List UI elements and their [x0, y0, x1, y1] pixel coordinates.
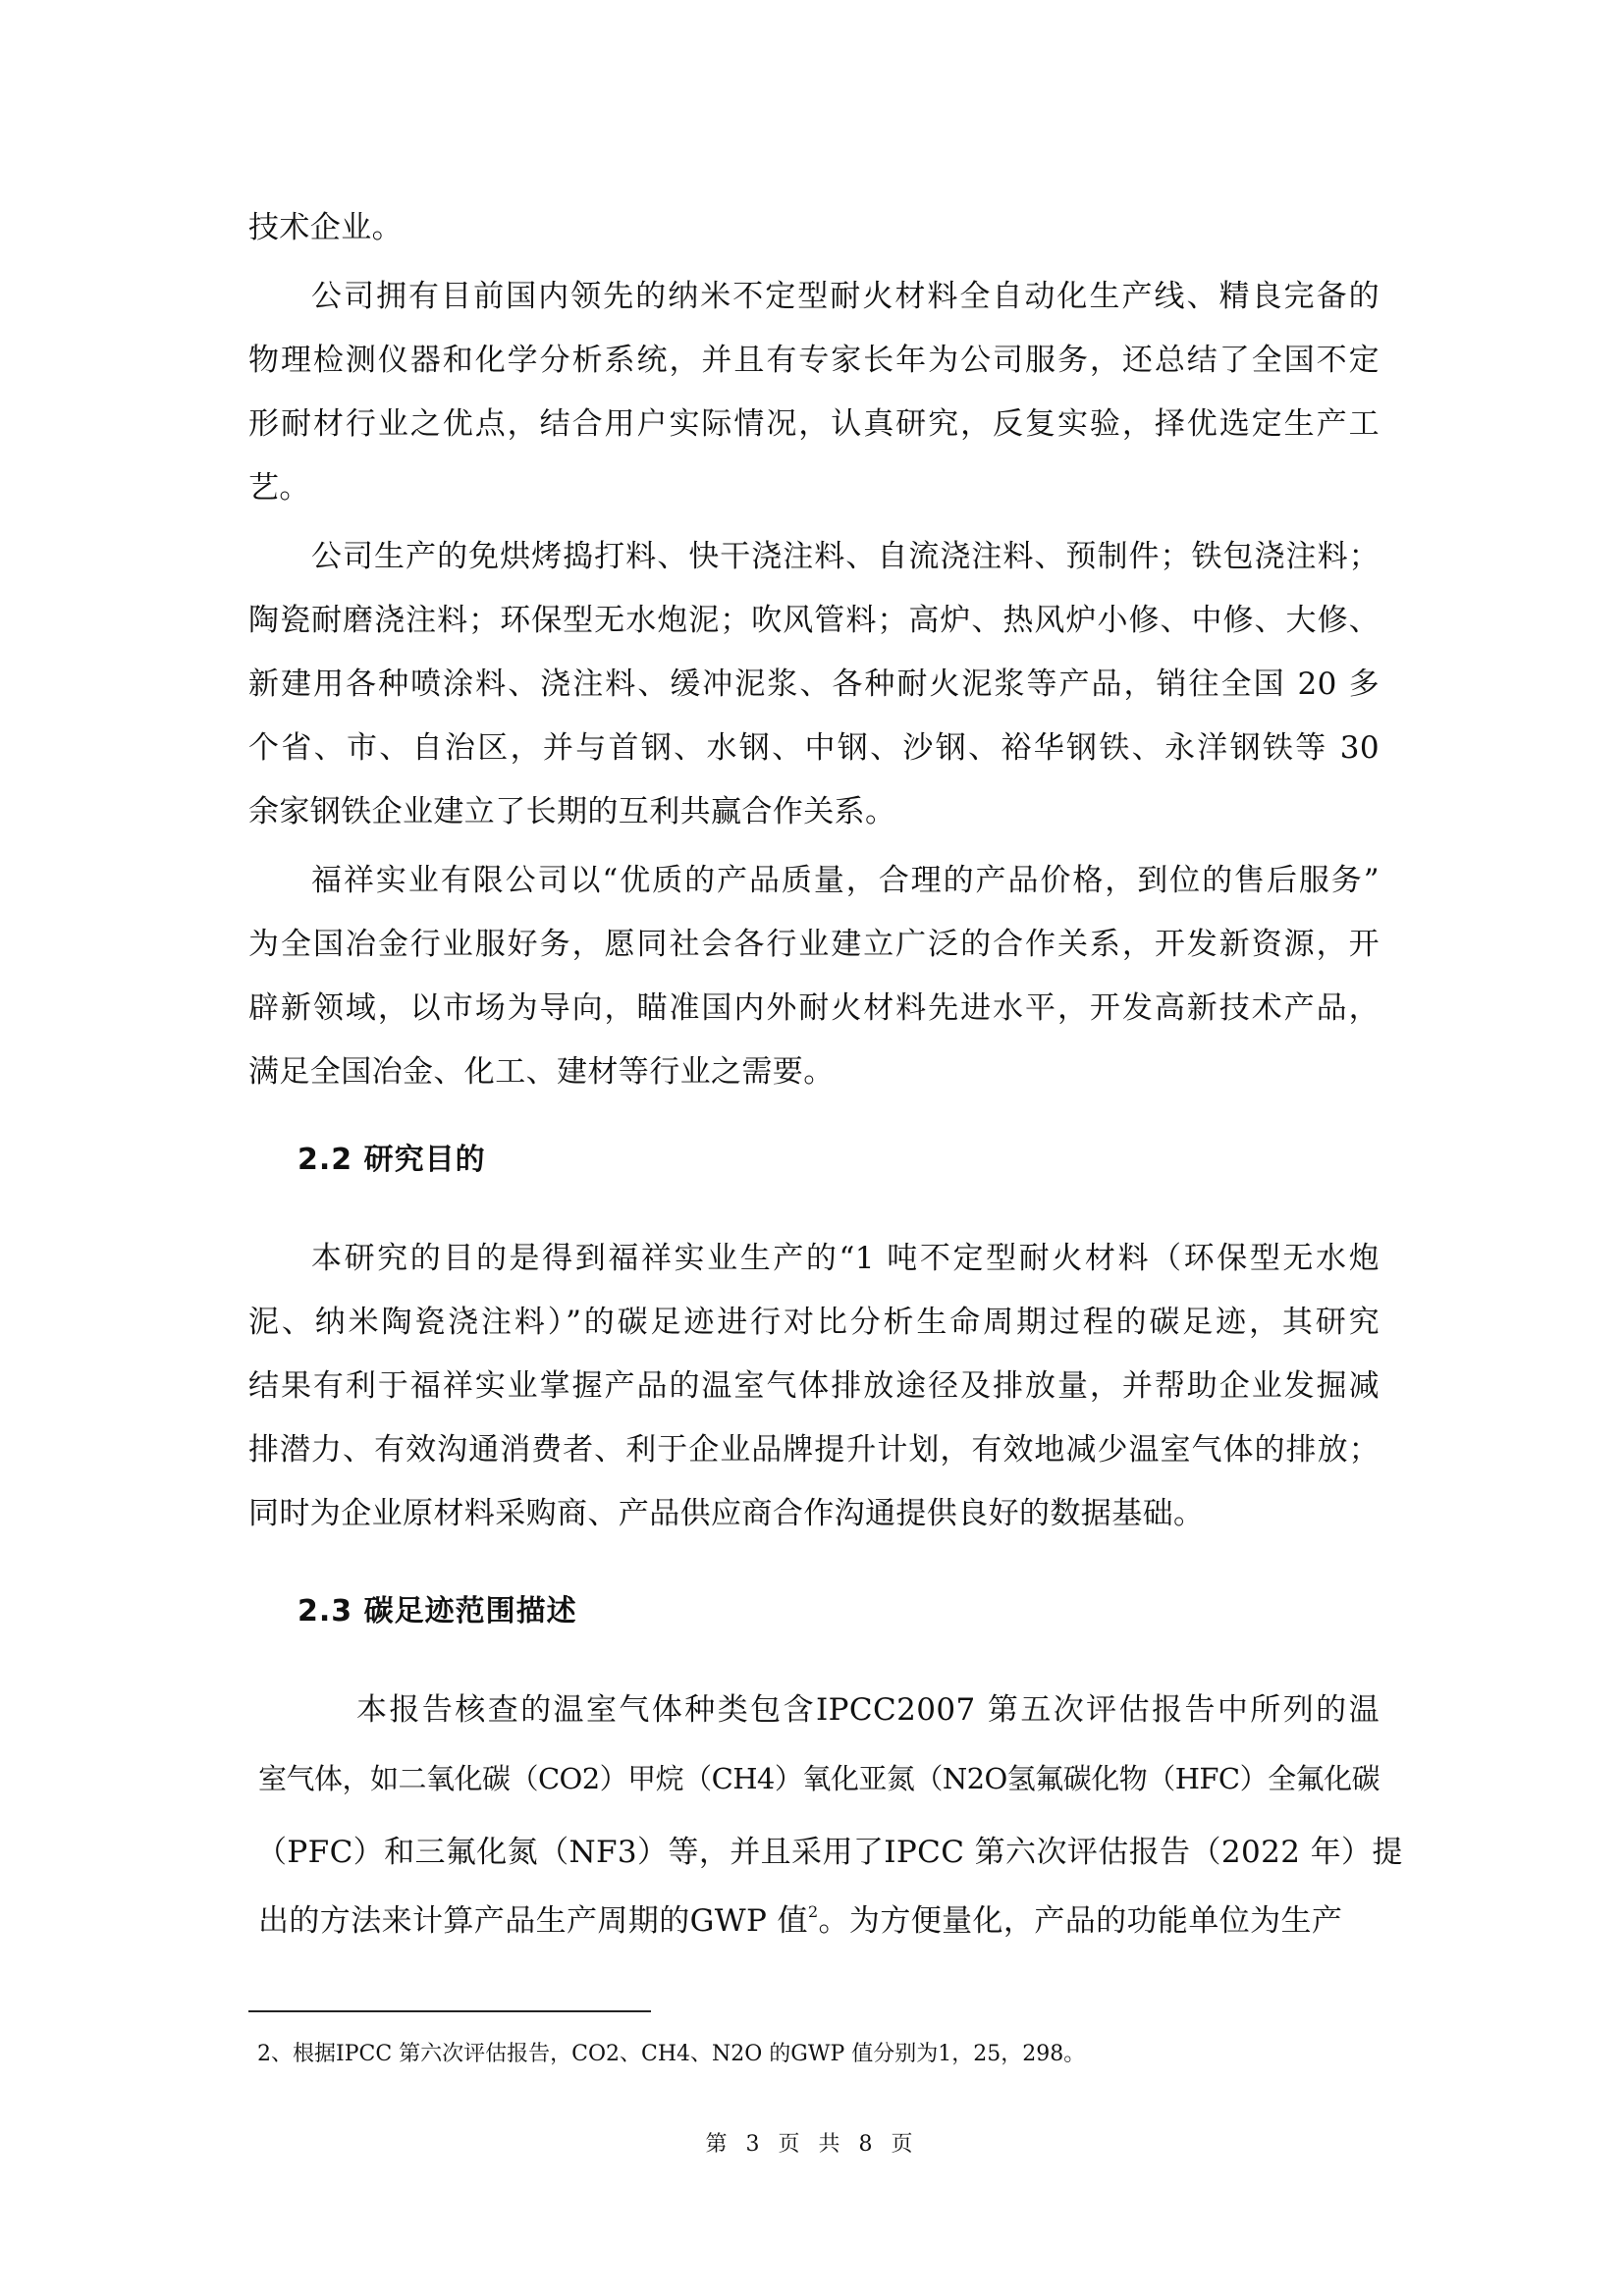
paragraph-line: 出的方法来计算产品生产周期的GWP 值2。为方便量化，产品的功能单位为生产	[258, 1901, 1380, 1941]
footnote-separator	[248, 2010, 651, 2012]
paragraph-line: 为全国冶金行业服好务，愿同社会各行业建立广泛的合作关系，开发新资源，开	[248, 925, 1380, 964]
footnote-reference[interactable]: 2	[808, 1902, 819, 1921]
paragraph-line: 本研究的目的是得到福祥实业生产的“1 吨不定型耐火材料（环保型无水炮	[248, 1239, 1380, 1278]
paragraph-line: 形耐材行业之优点，结合用户实际情况，认真研究，反复实验，择优选定生产工	[248, 404, 1380, 444]
paragraph-line: 满足全国冶金、化工、建材等行业之需要。	[248, 1052, 835, 1092]
paragraph-line: （PFC）和三氟化氮（NF3）等，并且采用了IPCC 第六次评估报告（2022 …	[248, 1833, 1380, 1872]
paragraph-line: 泥、纳米陶瓷浇注料）”的碳足迹进行对比分析生命周期过程的碳足迹，其研究	[248, 1303, 1380, 1342]
paragraph-line: 公司拥有目前国内领先的纳米不定型耐火材料全自动化生产线、精良完备的	[248, 277, 1380, 316]
paragraph-line: 陶瓷耐磨浇注料；环保型无水炮泥；吹风管料；高炉、热风炉小修、中修、大修、	[248, 601, 1380, 640]
paragraph-line: 艺。	[248, 468, 310, 507]
paragraph-line: 室气体，如二氧化碳（CO2）甲烷（CH4）氧化亚氮（N2O氢氟碳化物（HFC）全…	[248, 1759, 1380, 1798]
paragraph-line: 本报告核查的温室气体种类包含IPCC2007 第五次评估报告中所列的温	[248, 1690, 1380, 1730]
paragraph-line: 同时为企业原材料采购商、产品供应商合作沟通提供良好的数据基础。	[248, 1494, 1204, 1533]
paragraph-line: 排潜力、有效沟通消费者、利于企业品牌提升计划，有效地减少温室气体的排放；	[248, 1430, 1380, 1469]
page-number: 第 3 页 共 8 页	[0, 2130, 1624, 2160]
paragraph-line: 福祥实业有限公司以“优质的产品质量，合理的产品价格，到位的售后服务”	[248, 861, 1380, 900]
paragraph-line: 物理检测仪器和化学分析系统，并且有专家长年为公司服务，还总结了全国不定	[248, 341, 1380, 380]
line-end: 。为方便量化，产品的功能单位为生产	[819, 1903, 1343, 1939]
paragraph-line: 辟新领域，以市场为导向，瞄准国内外耐火材料先进水平，开发高新技术产品，	[248, 988, 1380, 1028]
paragraph-line: 余家钢铁企业建立了长期的互利共赢合作关系。	[248, 792, 895, 831]
line-start: 出的方法来计算产品生产周期的GWP 值	[258, 1903, 808, 1939]
section-heading-2-3: 2.3 碳足迹范围描述	[298, 1592, 577, 1631]
paragraph-line: 个省、市、自治区，并与首钢、水钢、中钢、沙钢、裕华钢铁、永洋钢铁等 30	[248, 728, 1380, 768]
paragraph-line: 新建用各种喷涂料、浇注料、缓冲泥浆、各种耐火泥浆等产品，销往全国 20 多	[248, 665, 1380, 704]
paragraph-line: 技术企业。	[248, 208, 403, 247]
section-heading-2-2: 2.2 研究目的	[298, 1141, 486, 1180]
gwp-text: 出的方法来计算产品生产周期的GWP 值2。为方便量化，产品的功能单位为生产	[258, 1901, 1342, 1941]
document-page: 技术企业。 公司拥有目前国内领先的纳米不定型耐火材料全自动化生产线、精良完备的 …	[0, 0, 1624, 2296]
footnote: 2、根据IPCC 第六次评估报告，CO2、CH4、N2O 的GWP 值分别为1，…	[257, 2040, 1085, 2069]
paragraph-line: 结果有利于福祥实业掌握产品的温室气体排放途径及排放量，并帮助企业发掘减	[248, 1366, 1380, 1406]
paragraph-line: 公司生产的免烘烤捣打料、快干浇注料、自流浇注料、预制件；铁包浇注料；	[248, 537, 1380, 576]
